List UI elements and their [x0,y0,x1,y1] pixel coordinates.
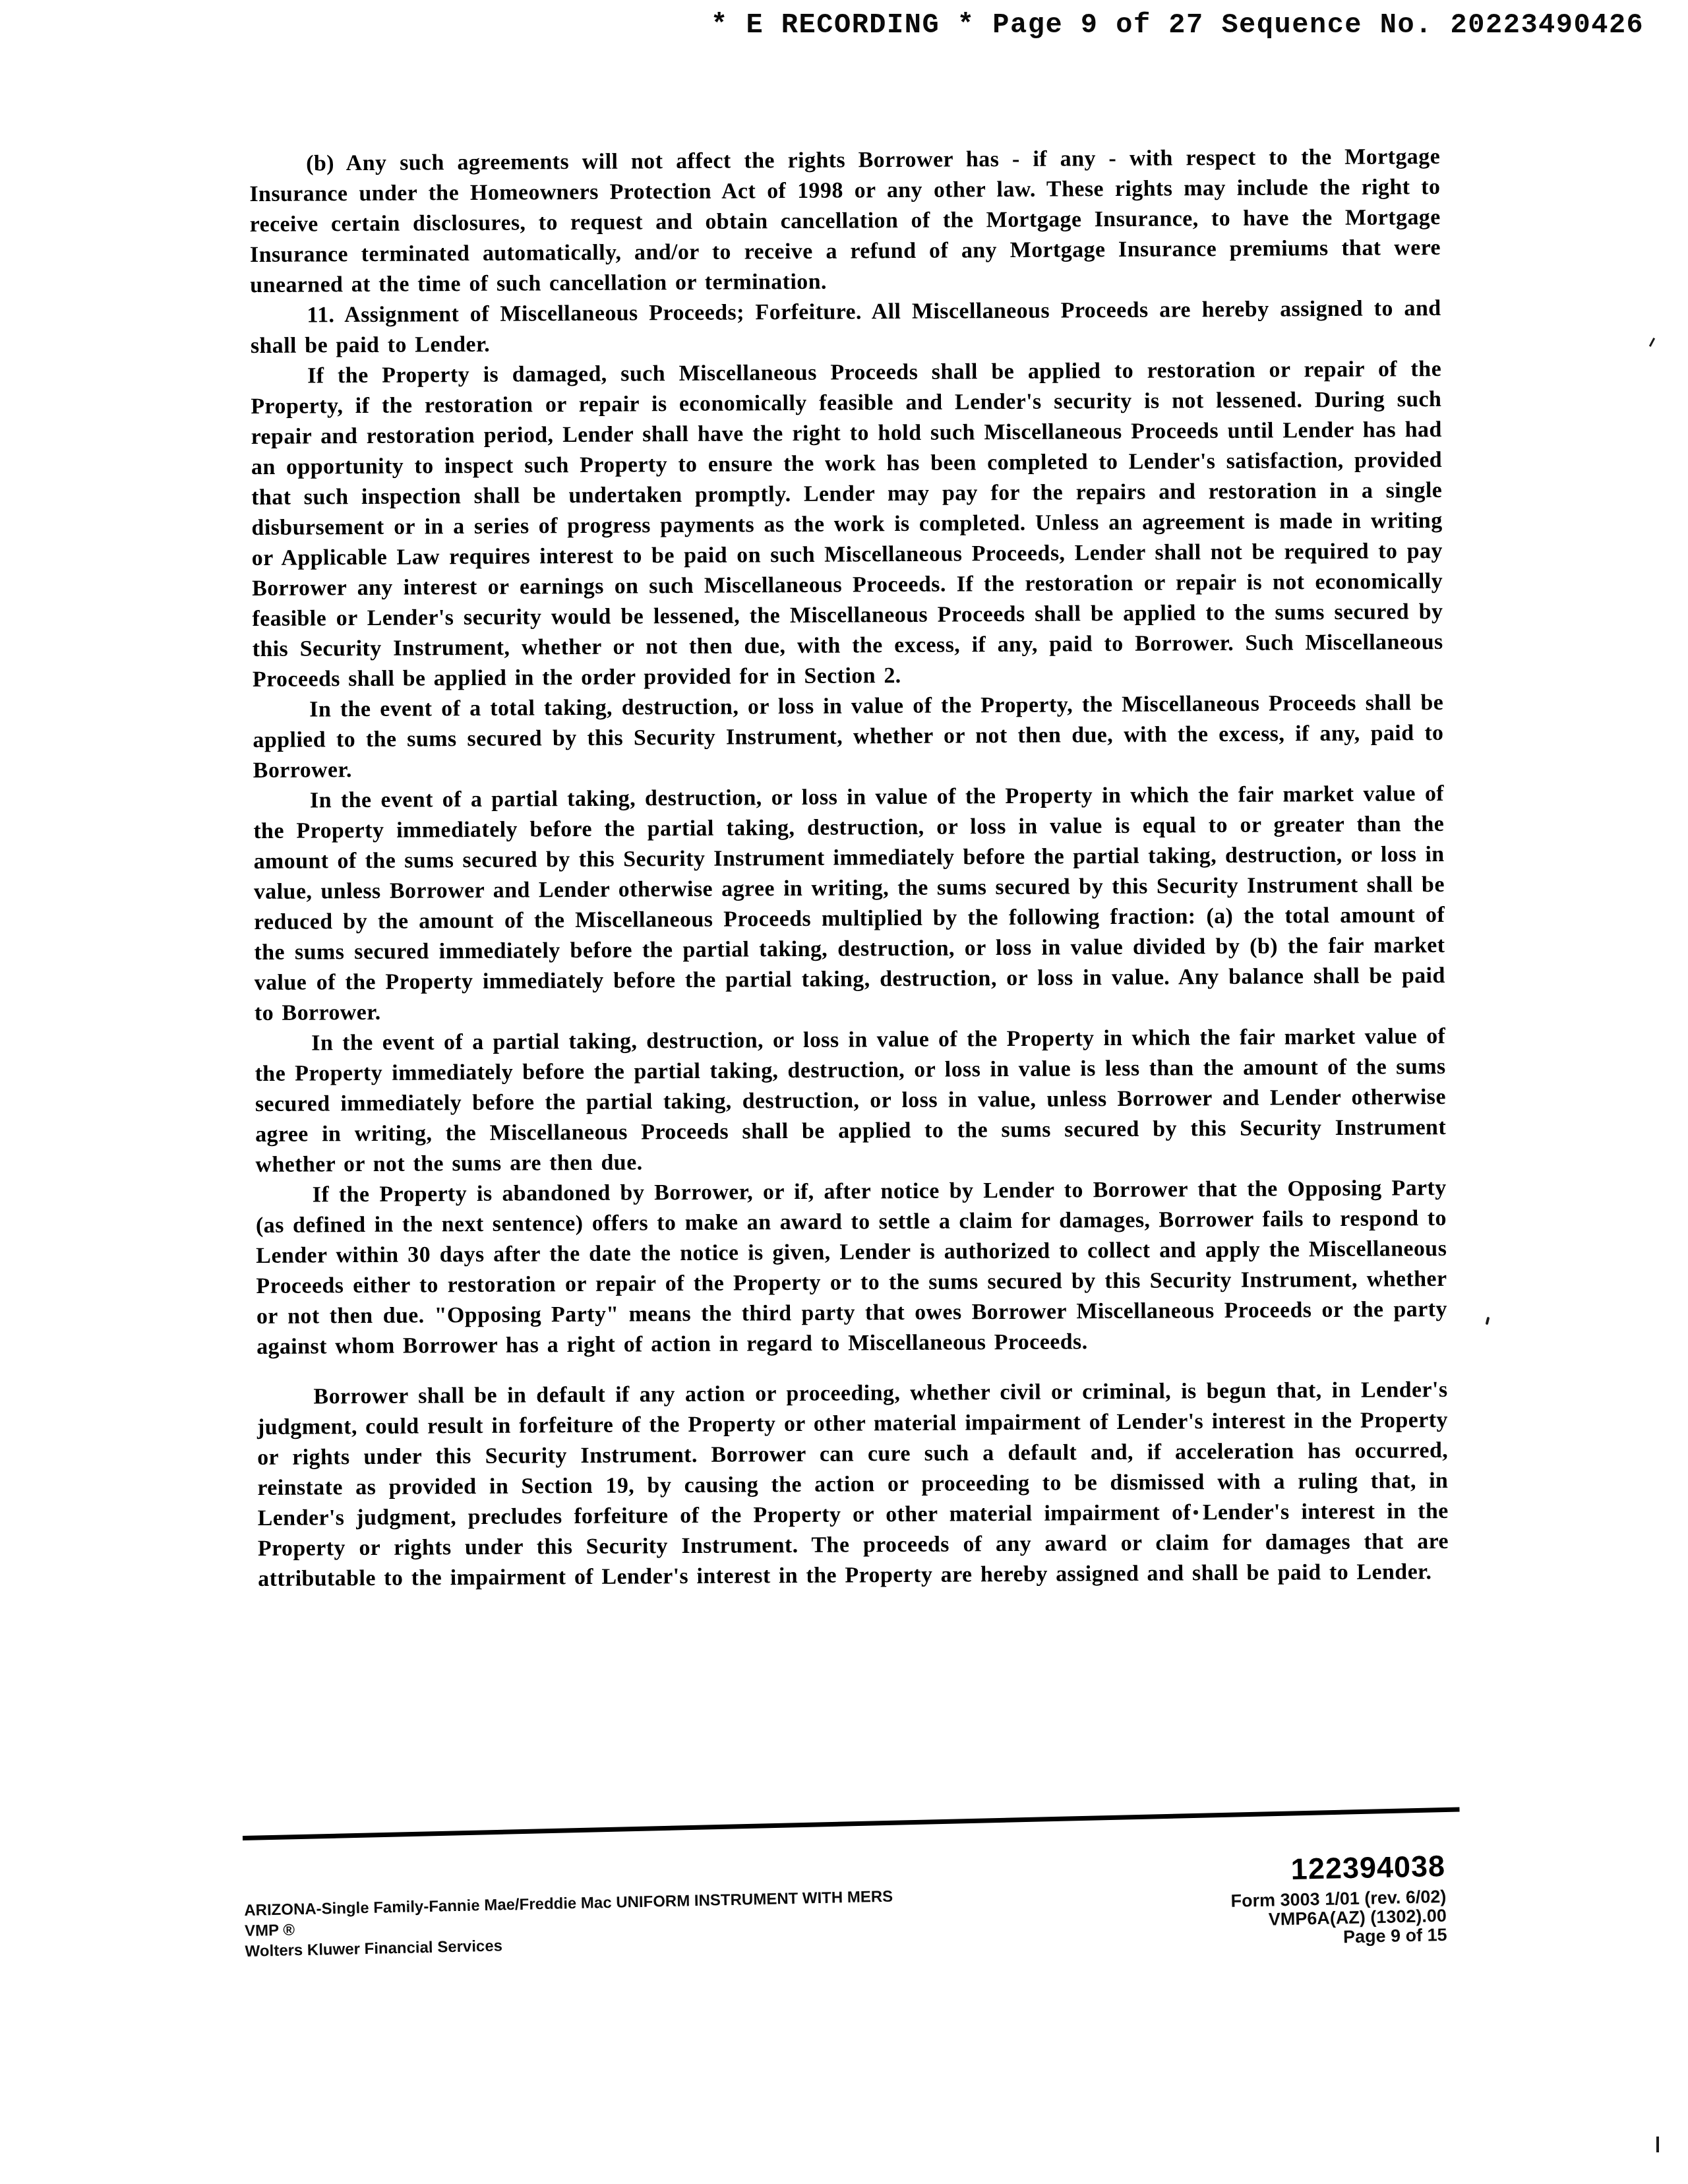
paragraph-borrower-default-forfeiture: Borrower shall be in default if any acti… [256,1375,1449,1594]
scan-artifact-speck [1193,1510,1198,1515]
paragraph-mortgage-insurance-rights: (b) Any such agreements will not affect … [249,142,1441,301]
footer-left-block: ARIZONA-Single Family-Fannie Mae/Freddie… [244,1887,894,1962]
scan-artifact-speck [1656,2137,1659,2152]
scan-artifact-speck [1486,1317,1490,1325]
paragraph-property-damaged-restoration: If the Property is damaged, such Miscell… [251,354,1443,695]
footer-right-block: Form 3003 1/01 (rev. 6/02) VMP6A(AZ) (13… [1081,1887,1447,1953]
scan-artifact-speck [1649,338,1655,347]
document-body: (b) Any such agreements will not affect … [249,142,1449,1594]
footer-divider-line [243,1807,1460,1840]
scanned-document-page: * E RECORDING * Page 9 of 27 Sequence No… [0,0,1688,2184]
paragraph-assignment-of-miscellaneous-proceeds: 11. Assignment of Miscellaneous Proceeds… [250,293,1441,361]
loan-number: 122394038 [1213,1849,1446,1888]
paragraph-partial-taking-equal-or-greater: In the event of a partial taking, destru… [253,779,1445,1029]
paragraph-property-abandoned-opposing-party: If the Property is abandoned by Borrower… [256,1173,1448,1362]
paragraph-partial-taking-less-than: In the event of a partial taking, destru… [255,1021,1446,1180]
paragraph-total-taking: In the event of a total taking, destruct… [253,688,1444,786]
e-recording-banner: * E RECORDING * Page 9 of 27 Sequence No… [711,9,1644,41]
